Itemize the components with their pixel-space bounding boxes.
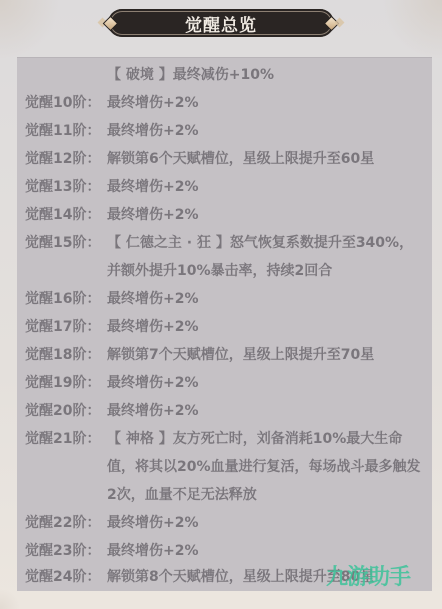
corner-ornament-bottom-left [0,589,20,609]
stage-label: 觉醒17阶： [25,313,107,341]
stage-text: 最终增伤+2% [107,285,424,313]
stage-label: 觉醒15阶： [25,229,107,285]
list-item: 觉醒14阶： 最终增伤+2% [25,201,424,229]
page-title: 觉醒总览 [185,11,257,36]
list-item: 觉醒15阶： 【 仁德之主 · 狂 】怒气恢复系数提升至340%，并额外提升10… [25,229,424,285]
stage-text: 最终增伤+2% [107,117,424,145]
corner-ornament-top-left [0,0,60,60]
title-banner: 觉醒总览 [108,9,334,37]
stage-label: 觉醒18阶： [25,341,107,369]
intro-row: 【 破境 】最终减伤+10% [25,61,424,89]
list-item: 觉醒21阶： 【 神格 】友方死亡时，刘备消耗10%最大生命值，将其以20%血量… [25,425,424,509]
stage-text: 最终增伤+2% [107,89,424,117]
list-item: 觉醒22阶： 最终增伤+2% [25,509,424,537]
stage-text: 最终增伤+2% [107,201,424,229]
list-item: 觉醒17阶： 最终增伤+2% [25,313,424,341]
stage-label: 觉醒19阶： [25,369,107,397]
stage-text: 【 仁德之主 · 狂 】怒气恢复系数提升至340%，并额外提升10%暴击率，持续… [107,229,424,285]
stage-label: 觉醒12阶： [25,145,107,173]
list-item: 觉醒11阶： 最终增伤+2% [25,117,424,145]
stage-label: 觉醒14阶： [25,201,107,229]
stage-label: 觉醒16阶： [25,285,107,313]
stage-text: 最终增伤+2% [107,173,424,201]
corner-ornament-top-right [382,0,442,60]
stage-text: 最终增伤+2% [107,313,424,341]
stage-text: 解锁第7个天赋槽位，星级上限提升至70星 [107,341,424,369]
list-item: 觉醒12阶： 解锁第6个天赋槽位，星级上限提升至60星 [25,145,424,173]
awakening-list-panel[interactable]: 【 破境 】最终减伤+10% 觉醒10阶： 最终增伤+2% 觉醒11阶： 最终增… [17,57,432,591]
stage-label: 觉醒23阶： [25,537,107,565]
stage-label: 觉醒13阶： [25,173,107,201]
list-item: 觉醒18阶： 解锁第7个天赋槽位，星级上限提升至70星 [25,341,424,369]
stage-label: 觉醒11阶： [25,117,107,145]
list-item: 觉醒16阶： 最终增伤+2% [25,285,424,313]
stage-label: 觉醒20阶： [25,397,107,425]
stage-label: 觉醒22阶： [25,509,107,537]
list-item: 觉醒10阶： 最终增伤+2% [25,89,424,117]
stage-text: 最终增伤+2% [107,369,424,397]
stage-text: 最终增伤+2% [107,397,424,425]
list-item: 觉醒13阶： 最终增伤+2% [25,173,424,201]
intro-text: 【 破境 】最终减伤+10% [107,61,424,89]
list-item: 觉醒19阶： 最终增伤+2% [25,369,424,397]
stage-text: 解锁第6个天赋槽位，星级上限提升至60星 [107,145,424,173]
stage-label: 觉醒21阶： [25,425,107,509]
stage-text: 最终增伤+2% [107,509,424,537]
diamond-ornament-icon [103,16,119,32]
list-item: 觉醒20阶： 最终增伤+2% [25,397,424,425]
stage-label: 觉醒24阶： [25,563,107,591]
watermark-logo: 九游助手 [326,560,410,591]
stage-label: 觉醒10阶： [25,89,107,117]
stage-text: 【 神格 】友方死亡时，刘备消耗10%最大生命值，将其以20%血量进行复活，每场… [107,425,424,509]
